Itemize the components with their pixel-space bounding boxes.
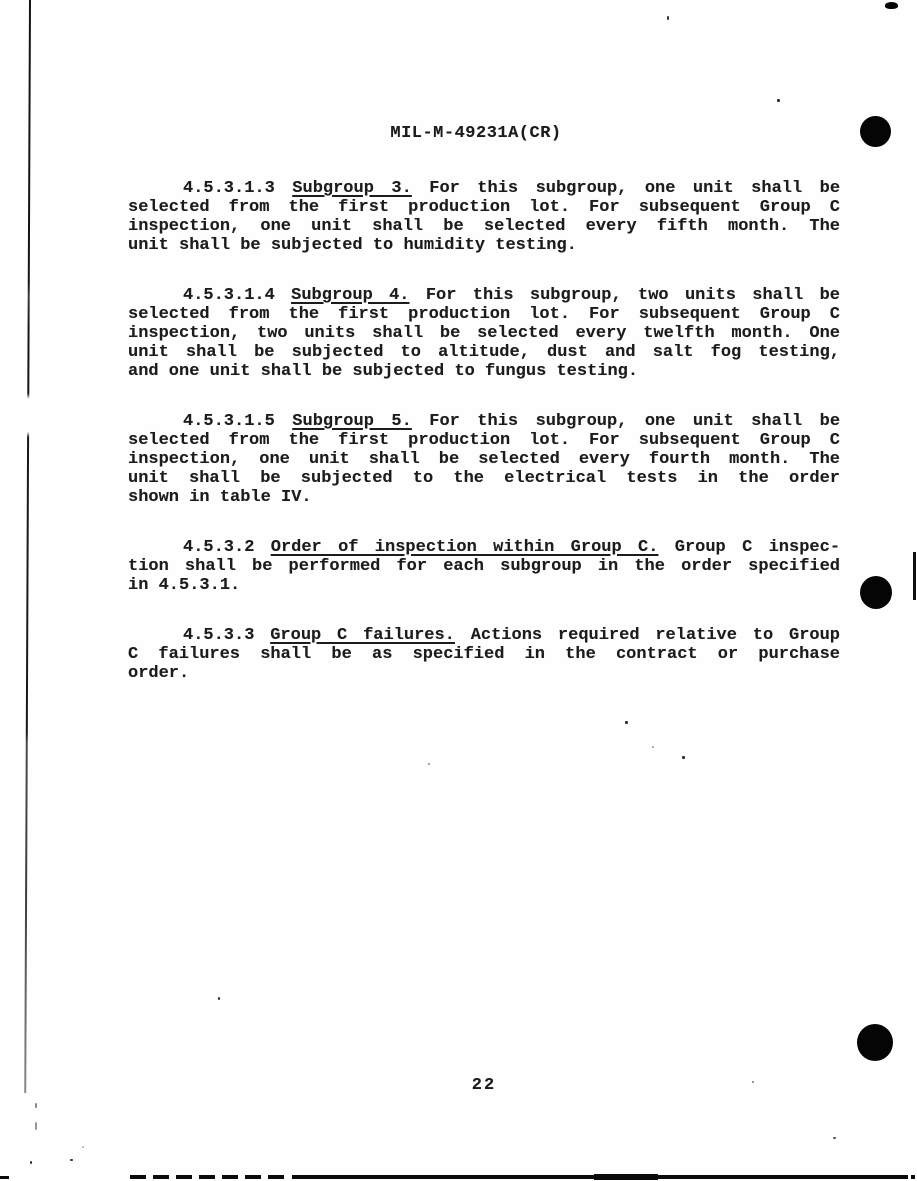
registration-dot-middle <box>860 576 892 609</box>
line-text: For this subgroup, one unit shall be <box>429 179 840 198</box>
noise-speck <box>833 1137 836 1139</box>
noise-speck <box>682 756 685 759</box>
document-id-header: MIL-M-49231A(CR) <box>112 124 840 143</box>
text-line: tion shall be performed for each subgrou… <box>128 557 840 576</box>
line-text: Group C inspec- <box>675 538 840 557</box>
text-line: in 4.5.3.1. <box>128 576 840 595</box>
page-bottom-edge <box>904 1175 917 1179</box>
page-bottom-edge <box>594 1174 658 1180</box>
noise-speck <box>667 16 669 20</box>
section-title: Subgroup 5. <box>292 412 411 431</box>
section-number: 4.5.3.2 <box>183 538 254 557</box>
line-text: For this subgroup, two units shall be <box>426 286 840 305</box>
section-title: Subgroup 4. <box>291 286 409 305</box>
paragraph-4-5-3-1-4: 4.5.3.1.4 Subgroup 4. For this subgroup,… <box>128 286 840 381</box>
paragraph-4-5-3-1-5: 4.5.3.1.5 Subgroup 5. For this subgroup,… <box>128 412 840 507</box>
text-line: shown in table IV. <box>128 488 840 507</box>
text-line: inspection, one unit shall be selected e… <box>128 217 840 236</box>
text-line: 4.5.3.1.5 Subgroup 5. For this subgroup,… <box>128 412 840 431</box>
registration-dot-top <box>860 116 891 147</box>
page-bottom-edge <box>0 1176 9 1179</box>
line-text: For this subgroup, one unit shall be <box>429 412 840 431</box>
paragraph-4-5-3-2: 4.5.3.2 Order of inspection within Group… <box>128 538 840 595</box>
section-title: Order of inspection within Group C. <box>271 538 659 557</box>
noise-speck <box>652 746 654 748</box>
section-title: Subgroup 3. <box>292 179 411 198</box>
right-edge-tick <box>913 552 916 600</box>
page-number: 22 <box>128 1076 840 1095</box>
text-line: unit shall be subjected to humidity test… <box>128 236 840 255</box>
noise-speck <box>428 763 430 765</box>
text-line: inspection, one unit shall be selected e… <box>128 450 840 469</box>
text-line: and one unit shall be subjected to fungu… <box>128 362 840 381</box>
text-line: selected from the first production lot. … <box>128 198 840 217</box>
registration-dot-bottom <box>857 1024 893 1061</box>
text-line: C failures shall be as specified in the … <box>128 645 840 664</box>
scanned-document-page: MIL-M-49231A(CR) 4.5.3.1.3 Subgroup 3. F… <box>0 0 917 1181</box>
text-line: 4.5.3.1.4 Subgroup 4. For this subgroup,… <box>128 286 840 305</box>
text-line: 4.5.3.3 Group C failures. Actions requir… <box>128 626 840 645</box>
noise-speck <box>35 1103 37 1108</box>
noise-speck <box>70 1159 73 1161</box>
noise-speck <box>625 721 628 724</box>
section-number: 4.5.3.1.5 <box>183 412 275 431</box>
text-line: order. <box>128 664 840 683</box>
top-right-corner-mark <box>885 2 898 9</box>
text-line: unit shall be subjected to altitude, dus… <box>128 343 840 362</box>
left-scan-line <box>24 0 31 1093</box>
section-number: 4.5.3.1.4 <box>183 286 275 305</box>
noise-speck <box>35 1122 37 1130</box>
noise-speck <box>82 1146 84 1148</box>
noise-speck <box>30 1161 32 1164</box>
text-line: selected from the first production lot. … <box>128 305 840 324</box>
noise-speck <box>777 99 780 102</box>
section-number: 4.5.3.1.3 <box>183 179 275 198</box>
text-line: inspection, two units shall be selected … <box>128 324 840 343</box>
section-number: 4.5.3.3 <box>183 626 254 645</box>
text-line: 4.5.3.2 Order of inspection within Group… <box>128 538 840 557</box>
text-line: 4.5.3.1.3 Subgroup 3. For this subgroup,… <box>128 179 840 198</box>
document-body: MIL-M-49231A(CR) 4.5.3.1.3 Subgroup 3. F… <box>128 124 840 714</box>
paragraph-4-5-3-3: 4.5.3.3 Group C failures. Actions requir… <box>128 626 840 683</box>
text-line: selected from the first production lot. … <box>128 431 840 450</box>
section-title: Group C failures. <box>270 626 455 645</box>
line-text: Actions required relative to Group <box>471 626 840 645</box>
text-line: unit shall be subjected to the electrica… <box>128 469 840 488</box>
page-bottom-edge <box>130 1175 288 1179</box>
paragraph-4-5-3-1-3: 4.5.3.1.3 Subgroup 3. For this subgroup,… <box>128 179 840 255</box>
noise-speck <box>218 997 220 1000</box>
